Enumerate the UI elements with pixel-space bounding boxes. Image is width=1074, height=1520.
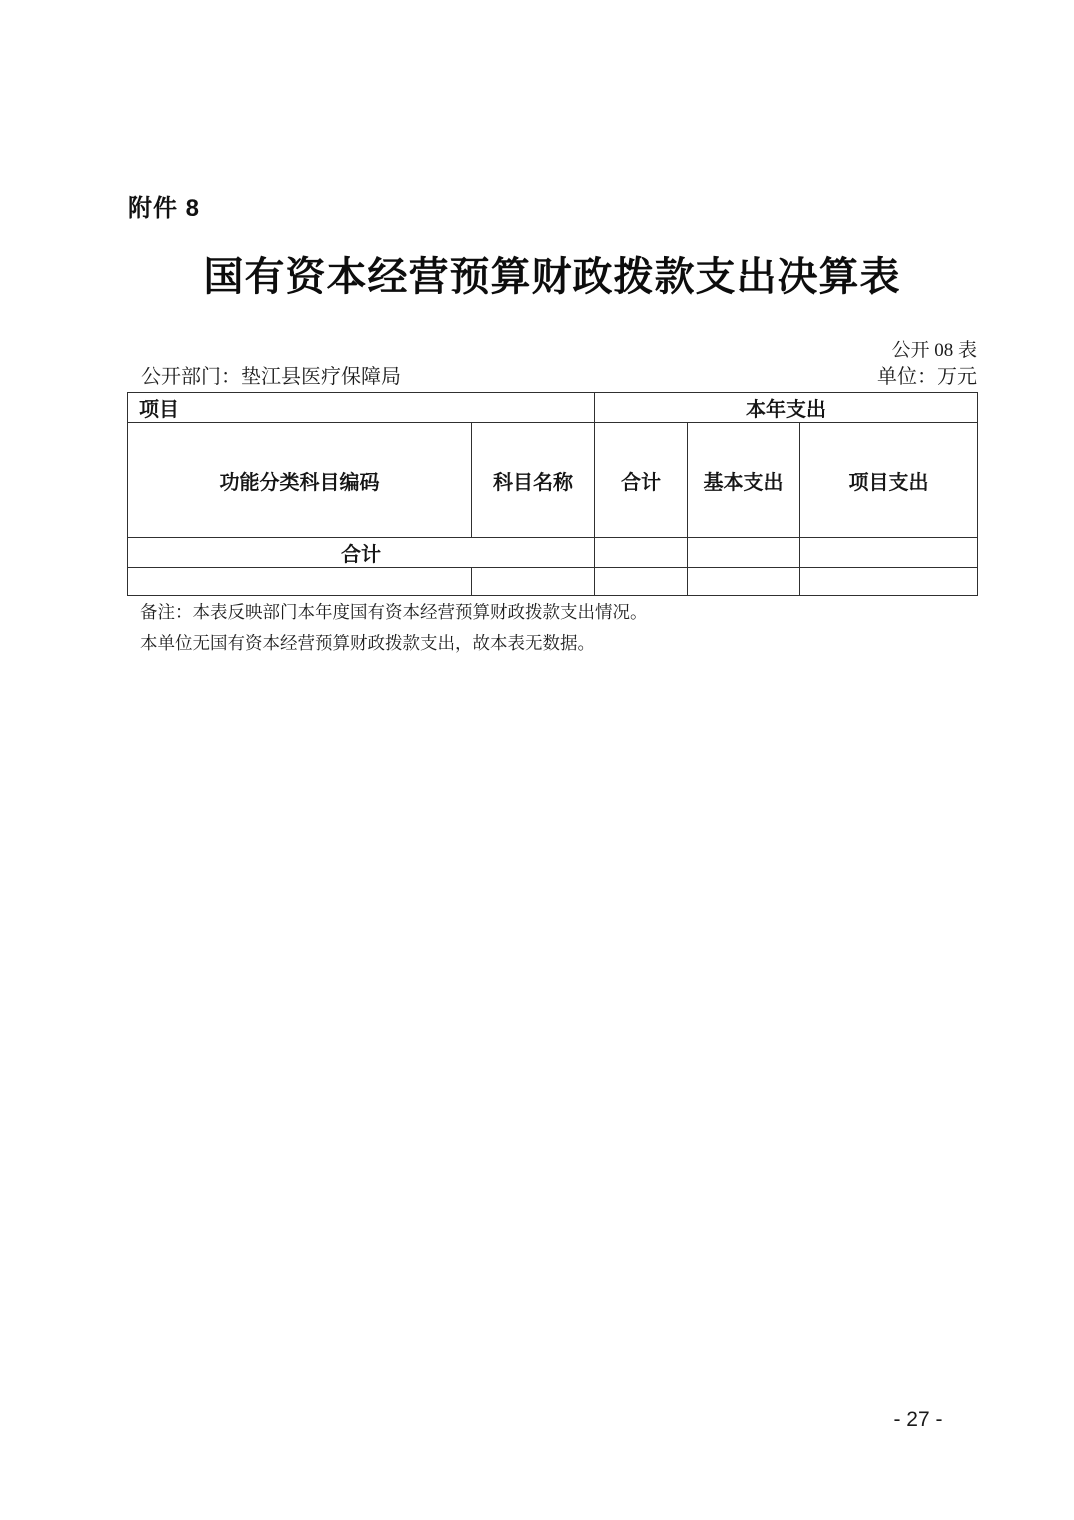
header-subject-name: 科目名称: [472, 423, 595, 538]
note-line-1: 备注：本表反映部门本年度国有资本经营预算财政拨款支出情况。: [140, 597, 648, 628]
table-header-row-1: 项目 本年支出: [128, 393, 978, 423]
header-function-classification-code: 功能分类科目编码: [128, 423, 472, 538]
department-label: 公开部门：垫江县医疗保障局: [141, 360, 401, 389]
table-notes: 备注：本表反映部门本年度国有资本经营预算财政拨款支出情况。 本单位无国有资本经营…: [140, 597, 648, 659]
empty-row-code-cell: [128, 568, 472, 596]
empty-row-name-cell: [472, 568, 595, 596]
empty-row-basic-cell: [688, 568, 800, 596]
header-project-expenditure: 项目支出: [800, 423, 978, 538]
table-code-label: 公开 08 表: [891, 335, 977, 362]
document-page: 附件 8 国有资本经营预算财政拨款支出决算表 公开 08 表 公开部门：垫江县医…: [0, 0, 1074, 1520]
table-header-row-2: 功能分类科目编码 科目名称 合计 基本支出 项目支出: [128, 423, 978, 538]
page-number: - 27 -: [878, 1408, 958, 1432]
note-line-2: 本单位无国有资本经营预算财政拨款支出，故本表无数据。: [140, 628, 648, 659]
empty-row-total-cell: [595, 568, 688, 596]
total-row-project-cell: [800, 538, 978, 568]
unit-label: 单位：万元: [877, 360, 977, 389]
empty-row-project-cell: [800, 568, 978, 596]
header-basic-expenditure: 基本支出: [688, 423, 800, 538]
total-row-label: 合计: [128, 538, 595, 568]
total-row: 合计: [128, 538, 978, 568]
empty-data-row: [128, 568, 978, 596]
header-current-year-expenditure: 本年支出: [595, 393, 978, 423]
header-total: 合计: [595, 423, 688, 538]
total-row-total-cell: [595, 538, 688, 568]
budget-table: 项目 本年支出 功能分类科目编码 科目名称 合计 基本支出 项目支出 合计: [127, 392, 978, 596]
total-row-basic-cell: [688, 538, 800, 568]
attachment-label: 附件 8: [128, 188, 200, 223]
page-title: 国有资本经营预算财政拨款支出决算表: [127, 245, 977, 302]
header-item: 项目: [128, 393, 595, 423]
